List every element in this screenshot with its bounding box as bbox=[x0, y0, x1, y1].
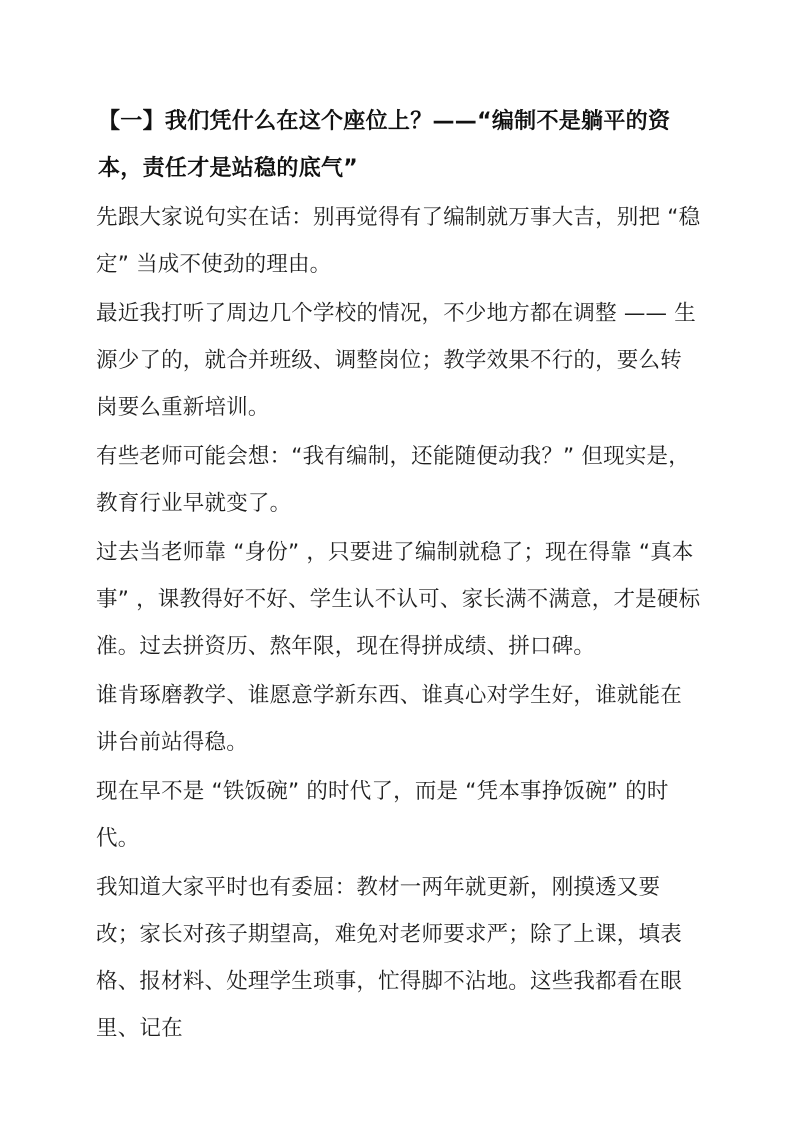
paragraph-5: 谁肯琢磨教学、谁愿意学新东西、谁真心对学生好，谁就能在讲台前站得稳。 bbox=[96, 672, 701, 766]
paragraph-4: 过去当老师靠 “身份” ，只要进了编制就稳了；现在得靠 “真本事” ，课教得好不… bbox=[96, 529, 701, 670]
paragraph-6: 现在早不是 “铁饭碗” 的时代了，而是 “凭本事挣饭碗” 的时代。 bbox=[96, 768, 701, 862]
paragraph-7: 我知道大家平时也有委屈：教材一两年就更新，刚摸透又要改；家长对孩子期望高，难免对… bbox=[96, 864, 701, 1052]
document-page: 【一】我们凭什么在这个座位上？——“编制不是躺平的资本，责任才是站稳的底气” 先… bbox=[96, 98, 701, 1052]
section-heading: 【一】我们凭什么在这个座位上？——“编制不是躺平的资本，责任才是站稳的底气” bbox=[98, 98, 701, 192]
paragraph-3: 有些老师可能会想：“我有编制，还能随便动我？” 但现实是，教育行业早就变了。 bbox=[96, 433, 701, 527]
paragraph-1: 先跟大家说句实在话：别再觉得有了编制就万事大吉，别把 “稳定” 当成不使劲的理由… bbox=[96, 194, 701, 288]
paragraph-2: 最近我打听了周边几个学校的情况，不少地方都在调整 —— 生源少了的，就合并班级、… bbox=[96, 290, 701, 431]
